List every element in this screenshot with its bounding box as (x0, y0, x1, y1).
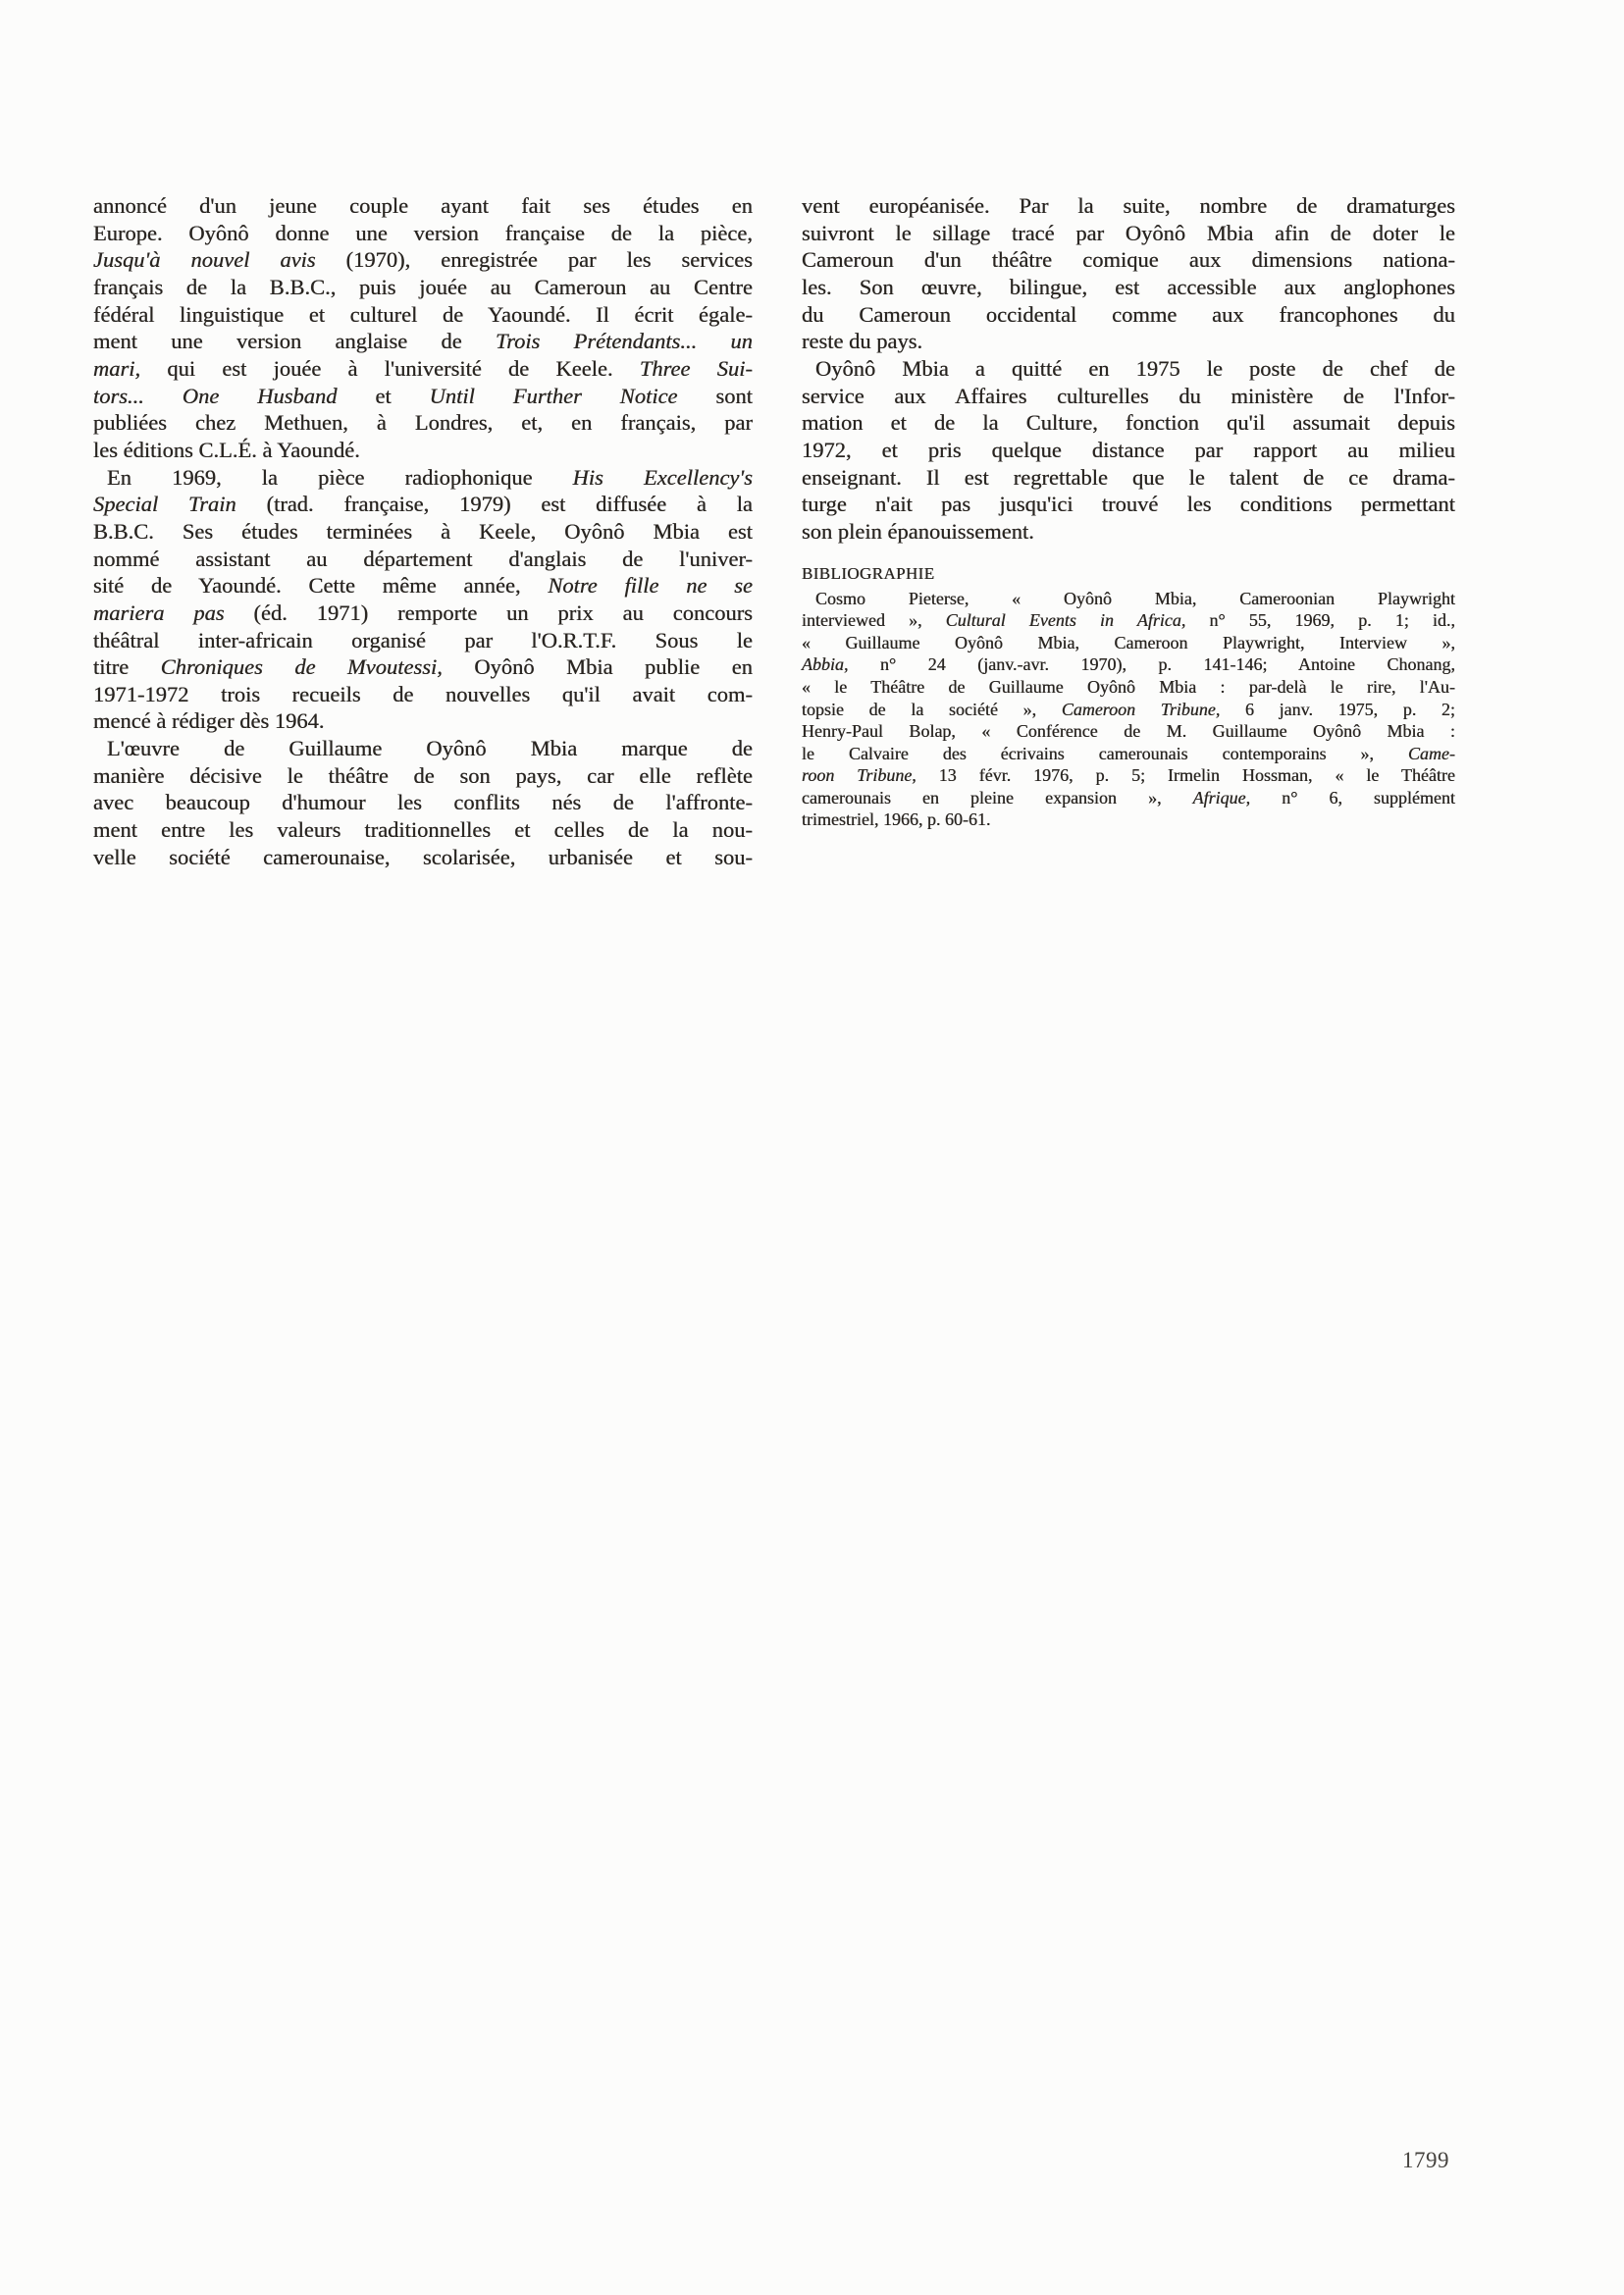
text-line: mariera pas (éd. 1971) remporte un prix … (93, 600, 753, 627)
bibliography-heading: BIBLIOGRAPHIE (802, 564, 1455, 584)
text-line: mari, qui est jouée à l'université de Ke… (93, 355, 753, 383)
text-line: Cosmo Pieterse, « Oyônô Mbia, Cameroonia… (802, 588, 1455, 610)
body-paragraph: L'œuvre de Guillaume Oyônô Mbia marque d… (93, 735, 753, 870)
text-line: les. Son œuvre, bilingue, est accessible… (802, 274, 1455, 301)
text-line: service aux Affaires culturelles du mini… (802, 383, 1455, 410)
text-line: camerounais en pleine expansion », Afriq… (802, 787, 1455, 809)
body-paragraph: vent européanisée. Par la suite, nombre … (802, 192, 1455, 355)
text-line: Europe. Oyônô donne une version français… (93, 220, 753, 247)
text-line: ment entre les valeurs traditionnelles e… (93, 816, 753, 844)
text-line: mencé à rédiger dès 1964. (93, 707, 753, 735)
text-line: Cameroun d'un théâtre comique aux dimens… (802, 246, 1455, 274)
text-line: B.B.C. Ses études terminées à Keele, Oyô… (93, 518, 753, 546)
body-paragraph: Oyônô Mbia a quitté en 1975 le poste de … (802, 355, 1455, 546)
text-line: manière décisive le théâtre de son pays,… (93, 762, 753, 790)
text-line: enseignant. Il est regrettable que le ta… (802, 464, 1455, 492)
right-column: vent européanisée. Par la suite, nombre … (802, 192, 1455, 870)
text-line: annoncé d'un jeune couple ayant fait ses… (93, 192, 753, 220)
text-line: ment une version anglaise de Trois Préte… (93, 328, 753, 355)
text-line: publiées chez Methuen, à Londres, et, en… (93, 409, 753, 437)
text-line: son plein épanouissement. (802, 518, 1455, 546)
text-line: L'œuvre de Guillaume Oyônô Mbia marque d… (93, 735, 753, 762)
text-line: Special Train (trad. française, 1979) es… (93, 491, 753, 518)
text-line: 1971-1972 trois recueils de nouvelles qu… (93, 681, 753, 708)
text-line: tors... One Husband et Until Further Not… (93, 383, 753, 410)
scanned-book-page: annoncé d'un jeune couple ayant fait ses… (0, 0, 1624, 2295)
text-line: Henry-Paul Bolap, « Conférence de M. Gui… (802, 720, 1455, 743)
text-line: reste du pays. (802, 328, 1455, 355)
text-line: vent européanisée. Par la suite, nombre … (802, 192, 1455, 220)
page-number: 1799 (1402, 2148, 1449, 2173)
text-line: Oyônô Mbia a quitté en 1975 le poste de … (802, 355, 1455, 383)
left-column: annoncé d'un jeune couple ayant fait ses… (93, 192, 753, 870)
text-line: les éditions C.L.É. à Yaoundé. (93, 437, 753, 464)
text-line: velle société camerounaise, scolarisée, … (93, 844, 753, 871)
text-line: 1972, et pris quelque distance par rappo… (802, 437, 1455, 464)
text-line: avec beaucoup d'humour les conflits nés … (93, 789, 753, 816)
text-line: Abbia, n° 24 (janv.-avr. 1970), p. 141-1… (802, 653, 1455, 676)
text-line: interviewed », Cultural Events in Africa… (802, 609, 1455, 632)
text-line: mation et de la Culture, fonction qu'il … (802, 409, 1455, 437)
text-line: sité de Yaoundé. Cette même année, Notre… (93, 572, 753, 600)
text-line: topsie de la société », Cameroon Tribune… (802, 699, 1455, 721)
text-line: le Calvaire des écrivains camerounais co… (802, 743, 1455, 765)
text-line: français de la B.B.C., puis jouée au Cam… (93, 274, 753, 301)
text-line: « le Théâtre de Guillaume Oyônô Mbia : p… (802, 676, 1455, 699)
text-line: titre Chroniques de Mvoutessi, Oyônô Mbi… (93, 653, 753, 681)
bibliography-paragraph: Cosmo Pieterse, « Oyônô Mbia, Cameroonia… (802, 588, 1455, 832)
text-line: suivront le sillage tracé par Oyônô Mbia… (802, 220, 1455, 247)
text-line: « Guillaume Oyônô Mbia, Cameroon Playwri… (802, 632, 1455, 654)
text-line: Jusqu'à nouvel avis (1970), enregistrée … (93, 246, 753, 274)
text-line: En 1969, la pièce radiophonique His Exce… (93, 464, 753, 492)
text-line: roon Tribune, 13 févr. 1976, p. 5; Irmel… (802, 764, 1455, 787)
text-line: fédéral linguistique et culturel de Yaou… (93, 301, 753, 329)
body-paragraph: En 1969, la pièce radiophonique His Exce… (93, 464, 753, 736)
text-line: trimestriel, 1966, p. 60-61. (802, 808, 1455, 831)
text-area: annoncé d'un jeune couple ayant fait ses… (93, 192, 1459, 870)
body-paragraph: annoncé d'un jeune couple ayant fait ses… (93, 192, 753, 464)
text-line: théâtral inter-africain organisé par l'O… (93, 627, 753, 654)
text-line: du Cameroun occidental comme aux francop… (802, 301, 1455, 329)
text-line: turge n'ait pas jusqu'ici trouvé les con… (802, 491, 1455, 518)
text-line: nommé assistant au département d'anglais… (93, 546, 753, 573)
